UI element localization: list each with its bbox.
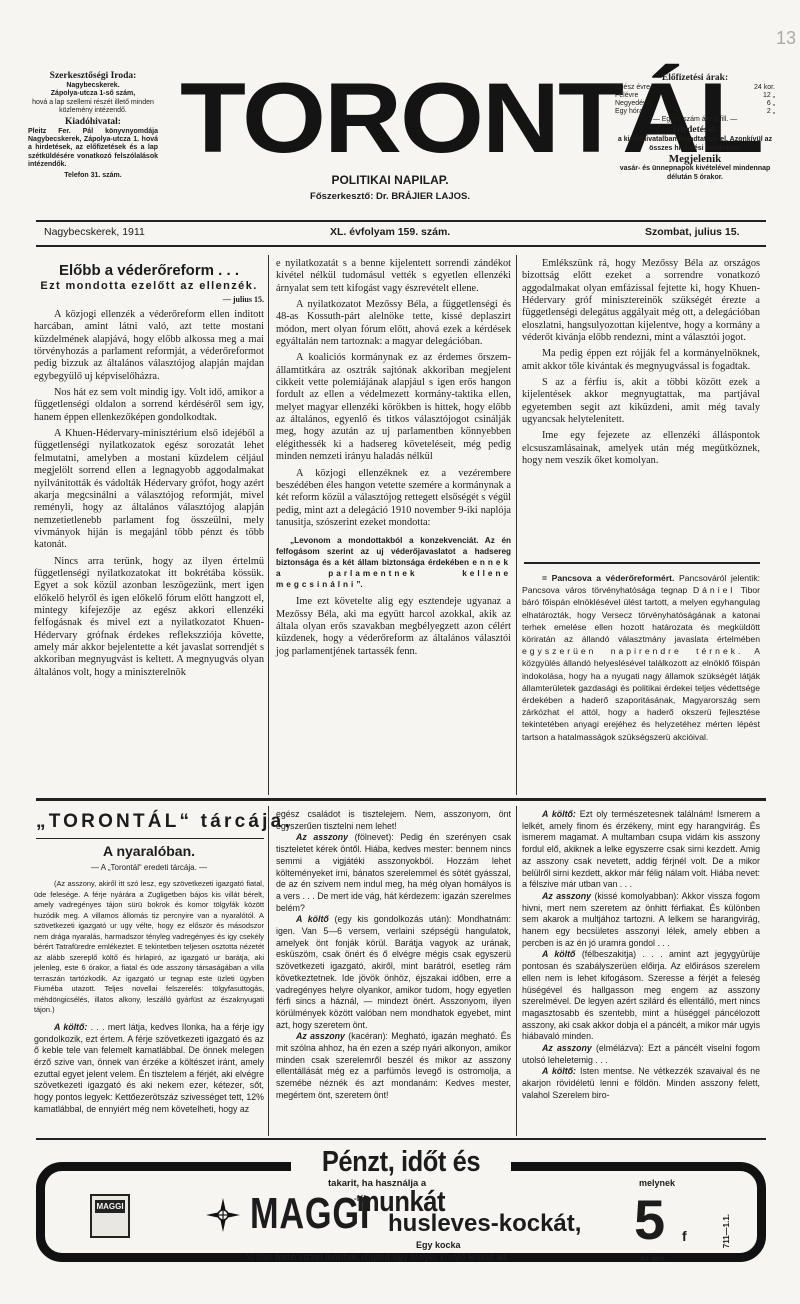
column-divider xyxy=(268,806,269,1136)
ad-price-label-bottom: az ára. xyxy=(640,1253,666,1263)
appears-title: Megjelenik xyxy=(615,153,775,165)
place-year: Nagybecskerek, 1911 xyxy=(44,226,145,238)
article-column-2: e nyilatkozatát s a benne kijelentett so… xyxy=(276,258,511,658)
divider xyxy=(36,838,264,839)
feuilleton-column-2: egész családot is tisztelejem. Nem, assz… xyxy=(276,809,511,1102)
speaker: A költő xyxy=(542,949,575,959)
column-divider xyxy=(516,806,517,1136)
news-title: = Pancsova a véderőreformért. xyxy=(542,573,674,583)
paragraph: S az a férfiu is, akit a többi között ez… xyxy=(522,377,760,426)
price-row: Egész évre24 kor. xyxy=(615,84,775,92)
speaker: A költő xyxy=(296,914,329,924)
divider xyxy=(524,562,760,564)
paragraph: Nos hát ez sem volt mindig igy. Volt idő… xyxy=(34,387,264,424)
subscription-title: Előfizetési árak: xyxy=(615,72,775,84)
paragraph: Emlékszünk rá, hogy Mezőssy Béla az orsz… xyxy=(522,258,760,344)
price-row: Egy hóra2 „ xyxy=(615,108,775,116)
feuilleton-subtitle: — A „Torontál“ eredeti tárcája. — xyxy=(34,862,264,874)
ads-info: a kiadóhivatalban fogadtatnak el. Azonkí… xyxy=(615,136,775,153)
paragraph: A Khuen-Hédervary-minisztérium első idej… xyxy=(34,428,264,551)
paragraph: A koaliciós kormánynak ez az érdemes őrs… xyxy=(276,352,511,463)
paragraph: A közjogi ellenzék a véderőreform ellen … xyxy=(34,309,264,383)
article-column-3: Emlékszünk rá, hogy Mezőssy Béla az orsz… xyxy=(522,258,760,468)
divider xyxy=(36,220,766,222)
column-divider xyxy=(516,255,517,795)
article-dateline: — julius 15. xyxy=(34,294,264,306)
editorial-city: Nagybecskerek. xyxy=(28,82,158,90)
feuilleton-column-1: A nyaralóban. — A „Torontál“ eredeti tár… xyxy=(34,840,264,1116)
feuilleton-section-title: „TORONTÁL“ tárcája. xyxy=(36,811,264,833)
paragraph: Nincs arra terünk, hogy az ilyen értelmü… xyxy=(34,556,264,679)
telephone: Telefon 31. szám. xyxy=(28,172,158,180)
single-issue-price: — Egyes szám ára 8 fill. — xyxy=(615,116,775,124)
paragraph: A nyilatkozatot Mezőssy Béla, a függetle… xyxy=(276,299,511,348)
maggi-advertisement: Pénzt, időt és munkát MAGGI takarit, ha … xyxy=(36,1142,766,1267)
issue-date: Szombat, julius 15. xyxy=(645,226,740,238)
paragraph: e nyilatkozatát s a benne kijelentett so… xyxy=(276,258,511,295)
editor-in-chief: Főszerkesztő: Dr. BRÁJIER LAJOS. xyxy=(180,191,600,202)
paragraph: Ime ezt követelte alig egy esztendeje ug… xyxy=(276,596,511,658)
appears-info: vasár- és ünnepnapok kivételével mindenn… xyxy=(615,165,775,182)
speaker: Az asszony xyxy=(542,891,591,901)
divider xyxy=(36,1138,766,1140)
speaker: Az asszony xyxy=(296,832,348,842)
section-divider xyxy=(36,798,766,801)
speaker: Az asszony xyxy=(296,1031,345,1041)
ad-price-unit: f xyxy=(682,1228,687,1244)
column-divider xyxy=(268,255,269,795)
ad-line3: ¼ liter forró vizzel leöntve, rögtön egy… xyxy=(246,1252,509,1262)
paragraph: Ime egy fejezete az ellenzéki állásponto… xyxy=(522,430,760,467)
article-headline: Előbb a véderőreform . . . xyxy=(34,265,264,277)
editorial-office-title: Szerkesztőségi Iroda: xyxy=(28,70,158,82)
paragraph: Ma pedig éppen ezt rójják fel a kormánye… xyxy=(522,348,760,373)
feuilleton-intro: (Az asszony, akiről itt szó lesz, egy sz… xyxy=(34,879,264,1016)
feuilleton-headline: A nyaralóban. xyxy=(34,846,264,858)
newspaper-logo: TORONTÁL xyxy=(180,74,600,161)
editorial-office-box: Szerkesztőségi Iroda: Nagybecskerek. Záp… xyxy=(28,70,158,180)
price-row: Negyedévre6 „ xyxy=(615,100,775,108)
subscription-box: Előfizetési árak: Egész évre24 kor. Félé… xyxy=(615,72,775,182)
ad-line1: takarit, ha használja a xyxy=(328,1178,426,1189)
news-item-pancsova: = Pancsova a véderőreformért. Pancsováró… xyxy=(522,572,760,743)
editorial-note: hová a lap szellemi részét illető minden… xyxy=(28,99,158,116)
paragraph: A közjogi ellenzéknek ez a vezérembere b… xyxy=(276,468,511,530)
maggi-star-cross-icon xyxy=(206,1198,240,1232)
newspaper-page: Szerkesztőségi Iroda: Nagybecskerek. Záp… xyxy=(0,0,800,1304)
speaker: A költő: xyxy=(542,1066,576,1076)
ads-title: Hirdetések xyxy=(615,124,775,136)
ad-code: 711—1.1. xyxy=(722,1214,731,1248)
ad-product: husleves-kockát, xyxy=(388,1210,581,1238)
price-row: Félévre12 „ xyxy=(615,92,775,100)
divider xyxy=(36,245,766,247)
issue-number: XL. évfolyam 159. szám. xyxy=(330,226,450,238)
editorial-address: Zápolya-utcza 1-ső szám, xyxy=(28,90,158,98)
article-column-1: Előbb a véderőreform . . . Ezt mondotta … xyxy=(34,265,264,679)
speaker: Az asszony xyxy=(542,1043,592,1053)
quote-block: „Levonom a mondottakból a konzekvenciát.… xyxy=(276,535,511,590)
speaker: A költő: xyxy=(54,1022,87,1032)
publisher-info: Pleitz Fer. Pál könyvnyomdája Nagybecske… xyxy=(28,128,158,170)
publisher-title: Kiadóhivatal: xyxy=(28,116,158,128)
ad-brand-suffix: -féle xyxy=(354,1194,370,1203)
ad-price: 5 xyxy=(634,1190,665,1250)
newspaper-subtitle: POLITIKAI NAPILAP. xyxy=(180,173,600,187)
ad-brand: MAGGI xyxy=(250,1190,370,1238)
ad-price-label-top: melynek xyxy=(639,1178,675,1188)
ad-line2: Egy kocka xyxy=(416,1240,461,1250)
feuilleton-column-3: A költő: Ezt oly természetesnek találnám… xyxy=(522,809,760,1102)
speaker: A költő: xyxy=(542,809,576,819)
maggi-box-icon: MAGGI xyxy=(90,1194,130,1238)
article-subheadline: Ezt mondotta ezelőtt az ellenzék. xyxy=(34,280,264,292)
archive-mark: 13 xyxy=(776,28,796,49)
